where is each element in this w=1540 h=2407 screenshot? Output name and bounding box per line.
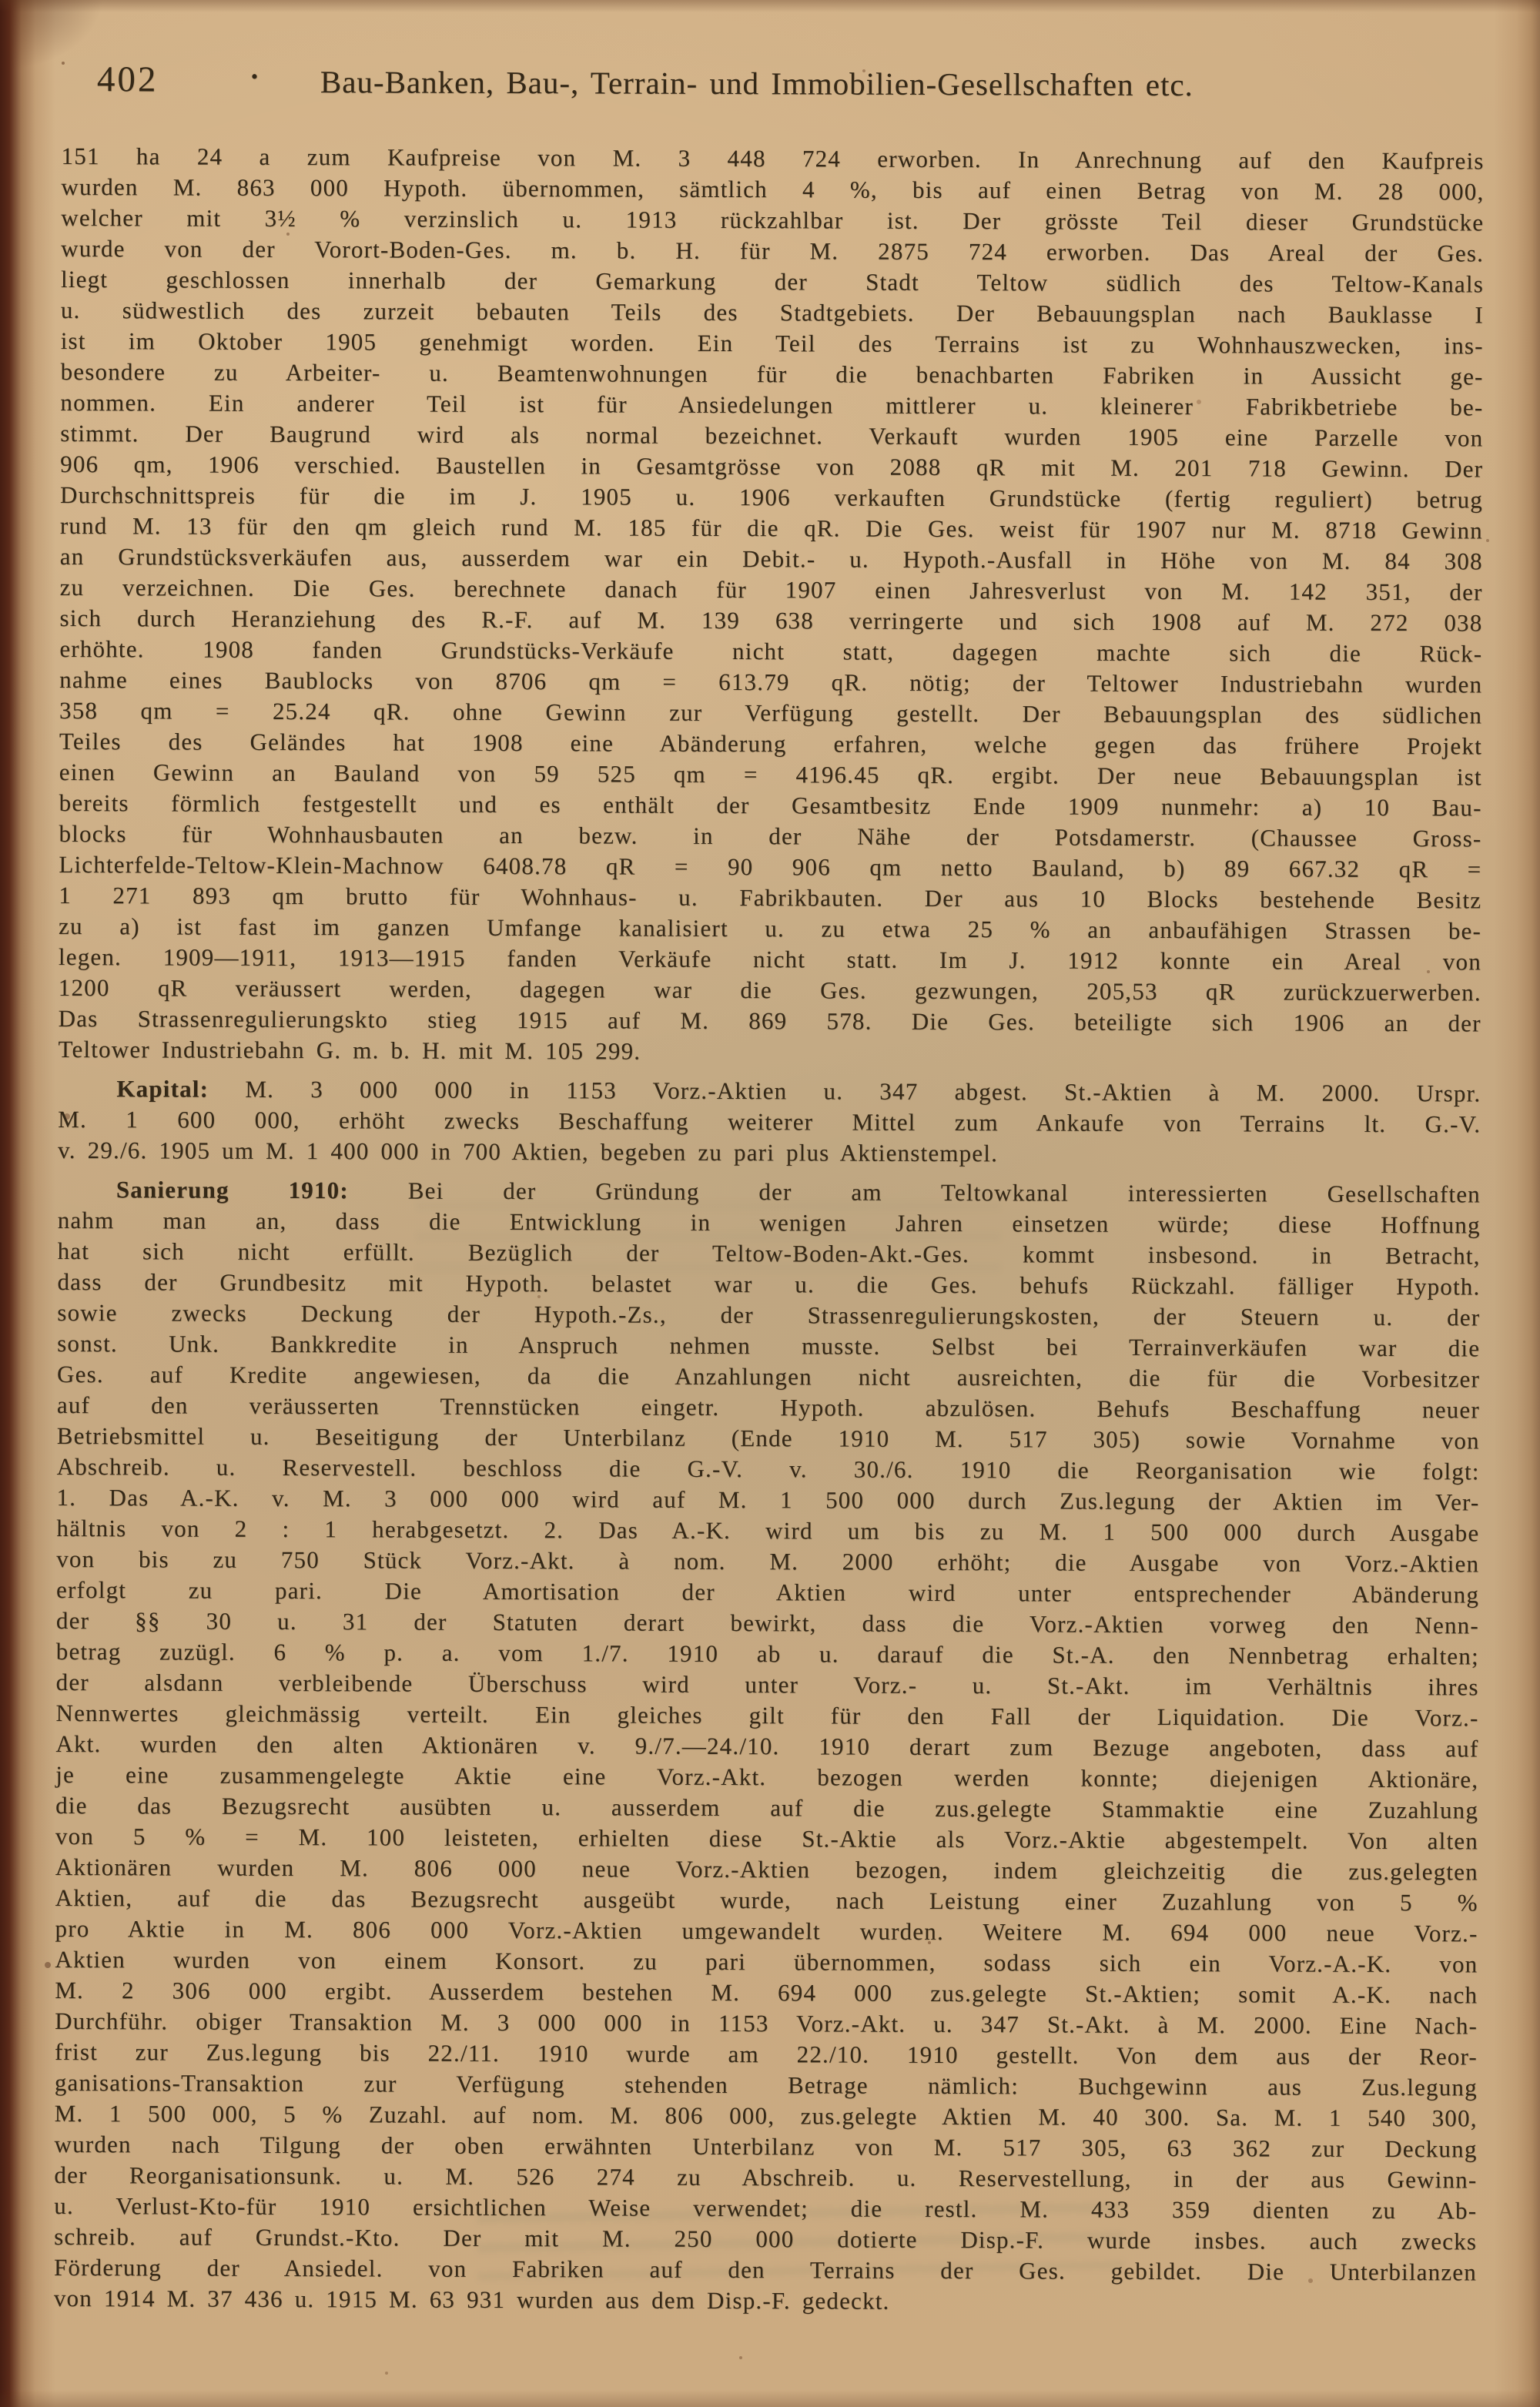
text-line: sowie zwecks Deckung der Hypoth.-Zs., de… <box>57 1297 1480 1333</box>
text-line: 151 ha 24 a zum Kaufpreise von M. 3 448 … <box>62 141 1485 176</box>
text-line: Aktien, auf die das Bezugsrecht ausgeübt… <box>55 1883 1478 1918</box>
text-line: bereits förmlich festgestellt und es ent… <box>59 788 1482 823</box>
text-line: schreib. auf Grundst.-Kto. Der mit M. 25… <box>54 2221 1477 2257</box>
page-edge-bottom <box>0 2390 1540 2407</box>
text-line: der §§ 30 u. 31 der Statuten derart bewi… <box>56 1605 1479 1641</box>
text-line: wurde von der Vorort-Boden-Ges. m. b. H.… <box>61 233 1484 269</box>
text-line: Nennwertes gleichmässig verteilt. Ein gl… <box>55 1698 1478 1733</box>
page-edge-right <box>1494 0 1540 2407</box>
text-line: liegt geschlossen innerhalb der Gemarkun… <box>61 264 1484 300</box>
text-line: erfolgt zu pari. Die Amortisation der Ak… <box>56 1575 1479 1610</box>
paragraph: Sanierung 1910: Bei der Gründung der am … <box>54 1174 1481 2318</box>
book-edge-left <box>0 0 55 2407</box>
text-line: Sanierung 1910: Bei der Gründung der am … <box>58 1174 1481 1210</box>
text-line: 906 qm, 1906 verschied. Baustellen in Ge… <box>60 449 1483 484</box>
running-head: 402 • Bau-Banken, Bau-, Terrain- und Imm… <box>62 65 1485 115</box>
text-line: u. Verlust-Kto-für 1910 ersichtlichen We… <box>54 2191 1477 2226</box>
text-line: nommen. Ein anderer Teil ist für Ansiede… <box>60 387 1483 423</box>
text-line: sich durch Heranziehung des R.-F. auf M.… <box>59 603 1482 638</box>
text-line: Abschreib. u. Reservestell. beschloss di… <box>57 1451 1480 1487</box>
text-line: Aktien wurden von einem Konsort. zu pari… <box>55 1944 1478 1980</box>
text-line: je eine zusammengelegte Aktie eine Vorz.… <box>55 1759 1478 1795</box>
page-edge-top <box>0 0 1540 12</box>
text-line: von bis zu 750 Stück Vorz.-Akt. à nom. M… <box>56 1544 1479 1579</box>
scanned-book-page: 402 • Bau-Banken, Bau-, Terrain- und Imm… <box>0 0 1540 2407</box>
text-line: Förderung der Ansiedel. von Fabriken auf… <box>54 2252 1477 2288</box>
text-line: ist im Oktober 1905 genehmigt worden. Ei… <box>61 326 1484 361</box>
text-line: von 5 % = M. 100 leisteten, erhielten di… <box>55 1821 1478 1856</box>
paragraph: Kapital: M. 3 000 000 in 1153 Vorz.-Akti… <box>58 1073 1481 1170</box>
text-line: dass der Grundbesitz mit Hypoth. belaste… <box>57 1267 1480 1302</box>
text-line: Durchschnittspreis für die im J. 1905 u.… <box>60 480 1483 515</box>
text-line: an Grundstücksverkäufen aus, ausserdem w… <box>60 541 1483 577</box>
text-line: legen. 1909—1911, 1913—1915 fanden Verkä… <box>59 942 1481 977</box>
text-line: der Reorganisationsunk. u. M. 526 274 zu… <box>54 2160 1477 2195</box>
bold-lead: Kapital: <box>116 1075 209 1102</box>
text-line: pro Aktie in M. 806 000 Vorz.-Aktien umg… <box>55 1913 1478 1949</box>
text-line: sonst. Unk. Bankkredite in Anspruch nehm… <box>57 1328 1480 1364</box>
text-line: 358 qm = 25.24 qR. ohne Gewinn zur Verfü… <box>59 695 1482 731</box>
text-line: Das Strassenregulierungskto stieg 1915 a… <box>59 1003 1481 1039</box>
header-mark-dot: • <box>251 67 258 87</box>
text-line: Akt. wurden den alten Aktionären v. 9./7… <box>55 1729 1478 1764</box>
text-line: Ges. auf Kredite angewiesen, da die Anza… <box>57 1359 1480 1394</box>
text-line: erhöhte. 1908 fanden Grundstücks-Verkäuf… <box>59 634 1482 669</box>
paragraph: 151 ha 24 a zum Kaufpreise von M. 3 448 … <box>58 141 1484 1070</box>
text-line: nahm man an, dass die Entwicklung in wen… <box>58 1205 1481 1240</box>
text-line: zu verzeichnen. Die Ges. berechnete dana… <box>60 572 1483 608</box>
text-line: Durchführ. obiger Transaktion M. 3 000 0… <box>55 2006 1478 2041</box>
body-text: 151 ha 24 a zum Kaufpreise von M. 3 448 … <box>54 141 1485 2318</box>
text-line: besondere zu Arbeiter- u. Beamtenwohnung… <box>61 357 1484 392</box>
text-line: hältnis von 2 : 1 herabgesetzt. 2. Das A… <box>56 1513 1479 1548</box>
text-line: Lichterfelde-Teltow-Klein-Machnow 6408.7… <box>59 849 1481 885</box>
text-line: ganisations-Transaktion zur Verfügung st… <box>55 2067 1478 2103</box>
text-line: einen Gewinn an Bauland von 59 525 qm = … <box>59 757 1482 792</box>
running-head-title: Bau-Banken, Bau-, Terrain- und Immobilie… <box>320 64 1193 103</box>
text-line: der alsdann verbleibende Überschuss wird… <box>56 1667 1479 1702</box>
page-content: 402 • Bau-Banken, Bau-, Terrain- und Imm… <box>62 65 1485 69</box>
text-line: wurden M. 863 000 Hypoth. übernommen, sä… <box>61 172 1484 207</box>
text-line: M. 1 500 000, 5 % Zuzahl. auf nom. M. 80… <box>55 2098 1478 2134</box>
text-line: M. 2 306 000 ergibt. Ausserdem bestehen … <box>55 1975 1478 2010</box>
text-line: M. 1 600 000, erhöht zwecks Beschaffung … <box>58 1104 1481 1140</box>
text-line: wurden nach Tilgung der oben erwähnten U… <box>55 2129 1478 2164</box>
text-line: welcher mit 3½ % verzinslich u. 1913 rüc… <box>61 203 1484 238</box>
text-line: Teltower Industriebahn G. m. b. H. mit M… <box>58 1034 1481 1070</box>
text-line: Aktionären wurden M. 806 000 neue Vorz.-… <box>55 1852 1478 1887</box>
text-line: frist zur Zus.legung bis 22./11. 1910 wu… <box>55 2037 1478 2072</box>
text-line: u. südwestlich des zurzeit bebauten Teil… <box>61 295 1484 330</box>
text-line: die das Bezugsrecht ausübten u. ausserde… <box>55 1790 1478 1826</box>
text-line: Kapital: M. 3 000 000 in 1153 Vorz.-Akti… <box>58 1073 1481 1109</box>
text-line: betrag zuzügl. 6 % p. a. vom 1./7. 1910 … <box>56 1636 1479 1672</box>
text-line: von 1914 M. 37 436 u. 1915 M. 63 931 wur… <box>54 2283 1477 2318</box>
text-line: zu a) ist fast im ganzen Umfange kanalis… <box>59 911 1481 946</box>
text-line: nahme eines Baublocks von 8706 qm = 613.… <box>59 665 1482 700</box>
text-line: 1200 qR veräussert werden, dagegen war d… <box>59 973 1481 1008</box>
text-line: stimmt. Der Baugrund wird als normal bez… <box>60 418 1483 454</box>
text-line: v. 29./6. 1905 um M. 1 400 000 in 700 Ak… <box>58 1135 1481 1170</box>
text-line: hat sich nicht erfüllt. Bezüglich der Te… <box>58 1236 1481 1271</box>
text-line: Teiles des Geländes hat 1908 eine Abände… <box>59 726 1482 762</box>
text-line: Betriebsmittel u. Beseitigung der Unterb… <box>57 1421 1480 1456</box>
text-line: rund M. 13 für den qm gleich rund M. 185… <box>60 511 1483 546</box>
bold-lead: Sanierung 1910: <box>116 1176 349 1203</box>
text-line: auf den veräusserten Trennstücken einget… <box>57 1390 1480 1425</box>
text-line: 1. Das A.-K. v. M. 3 000 000 wird auf M.… <box>56 1482 1479 1518</box>
text-line: 1 271 893 qm brutto für Wohnhaus- u. Fab… <box>59 880 1481 916</box>
text-line: blocks für Wohnhausbauten an bezw. in de… <box>59 819 1481 854</box>
